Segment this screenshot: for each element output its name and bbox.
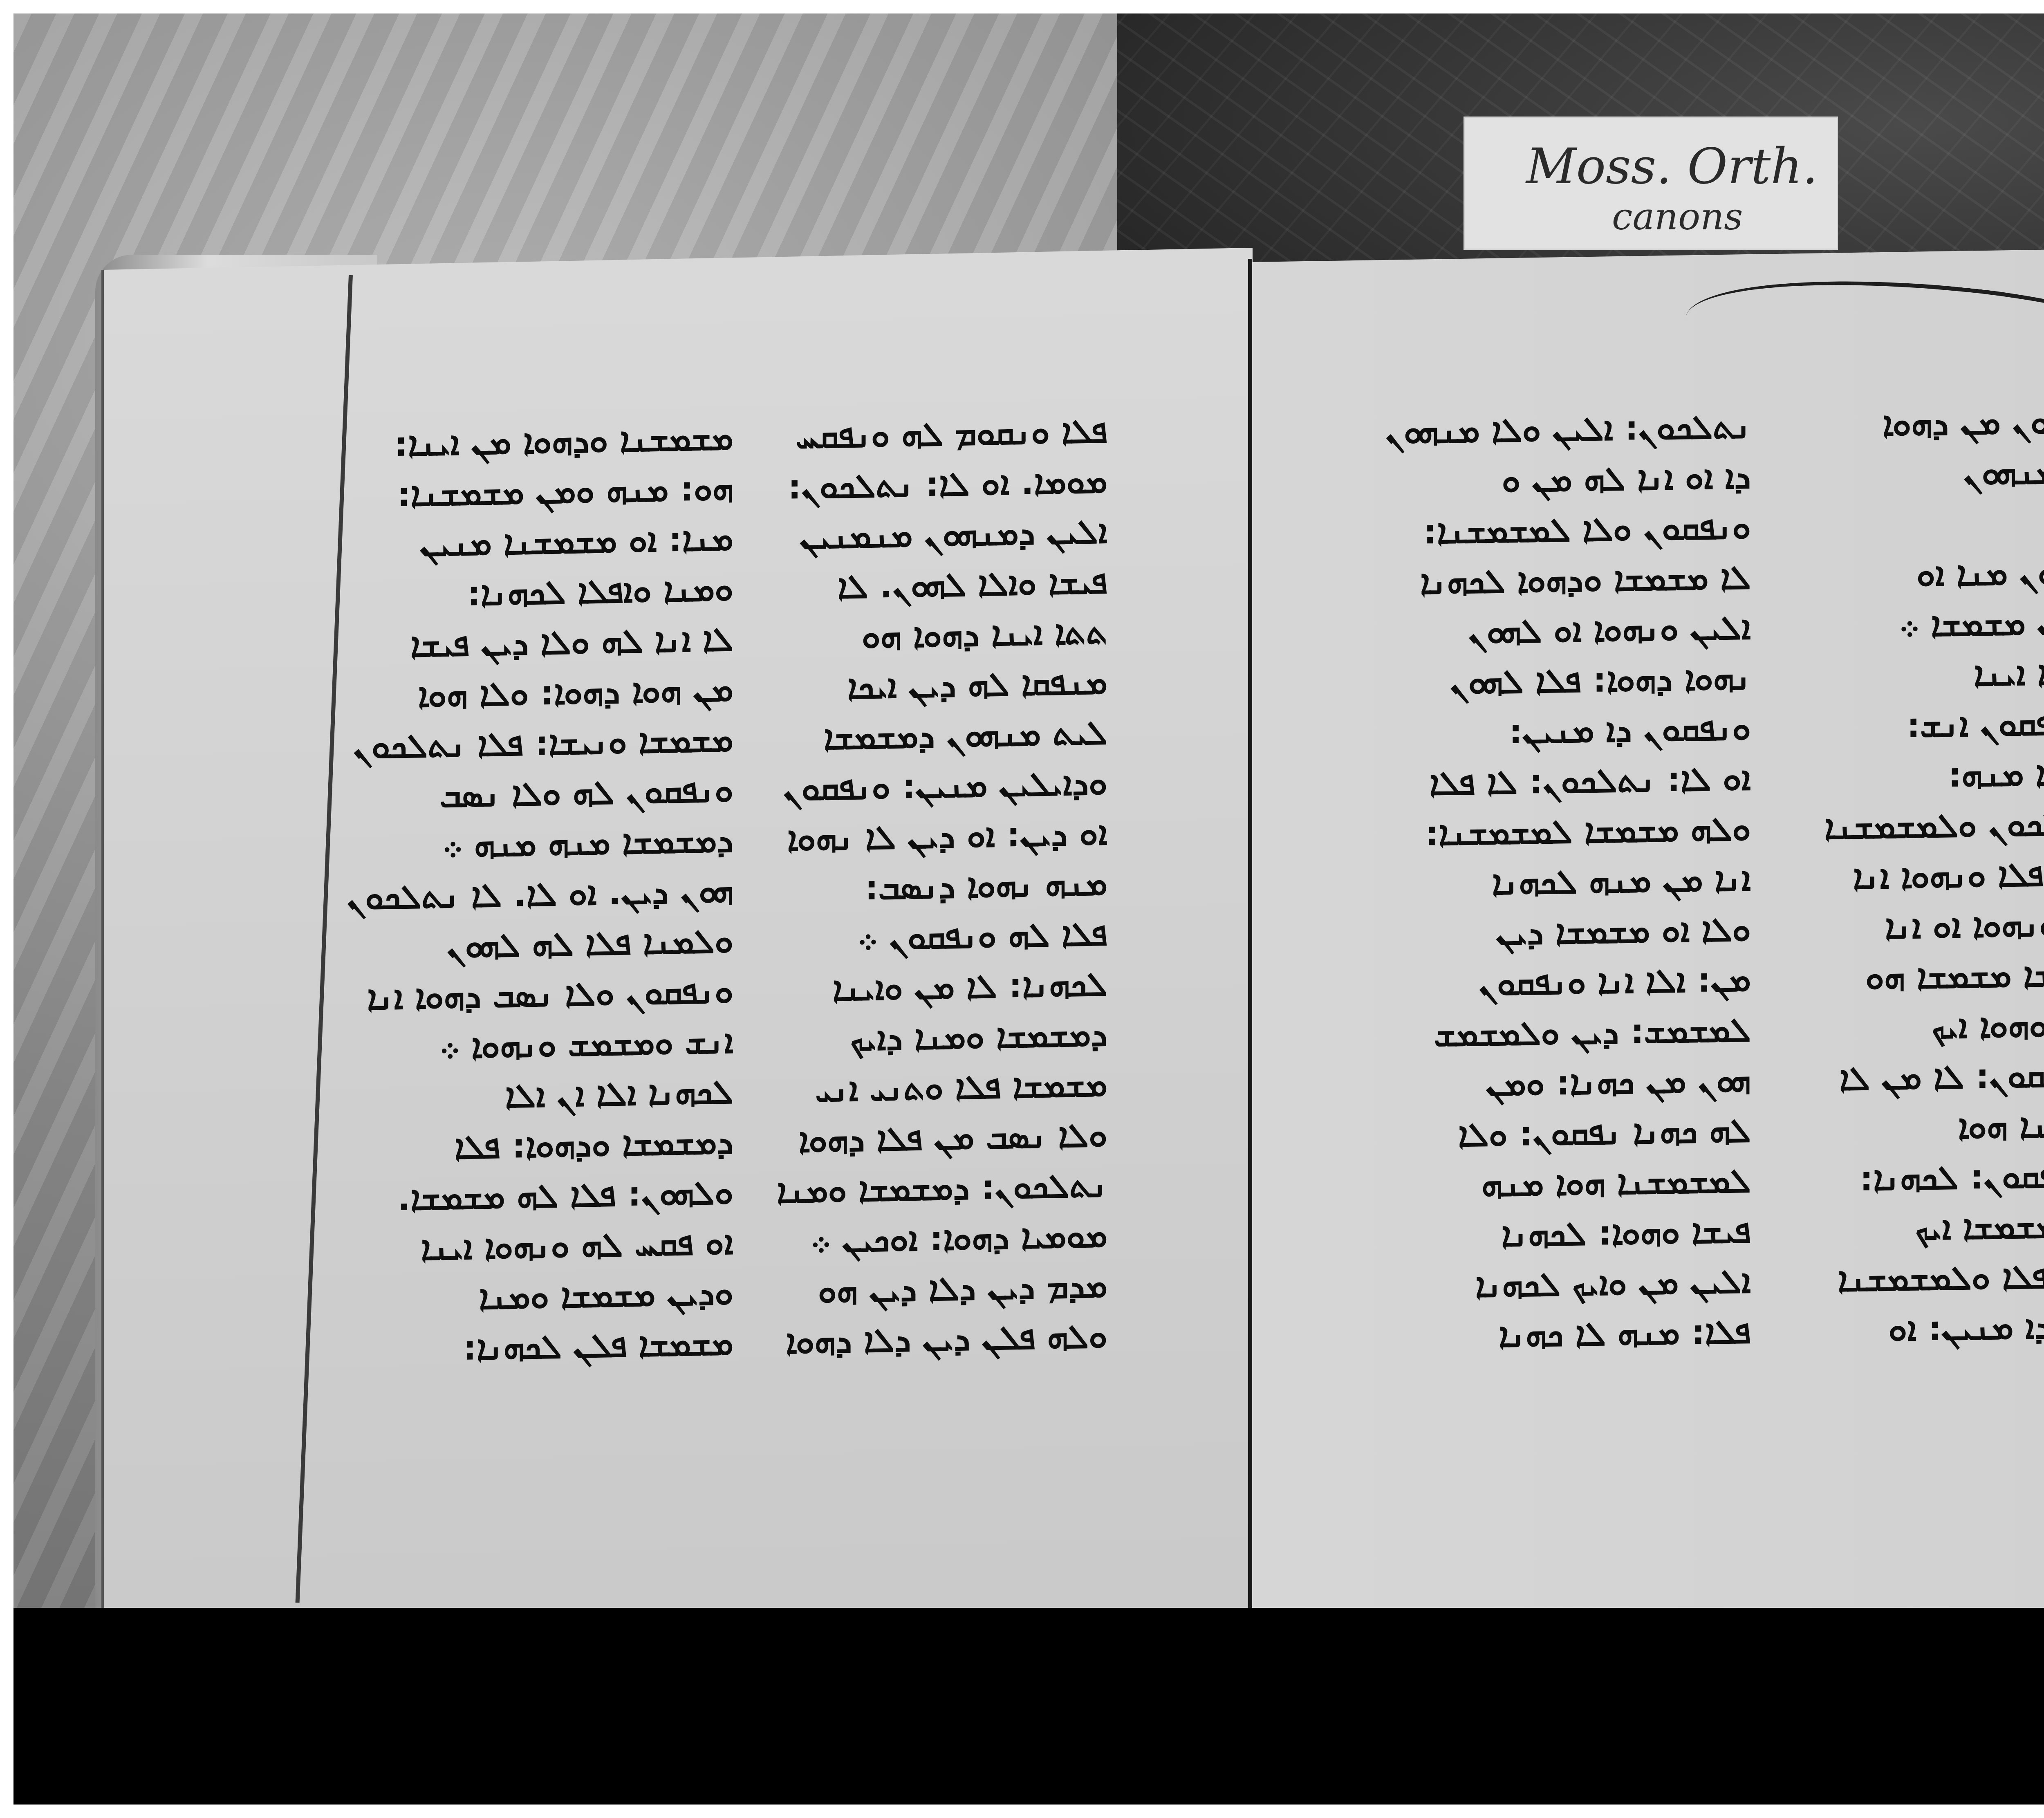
label-line-2: canons [1612, 195, 1743, 238]
text-line: ܘܠܐ ܢܣܒ ܡܢ ܦܠܐ ܕܗܘܐ [752, 1110, 1107, 1167]
text-line: ܡܢ ܗܘܐ ܕܗܘܐ: ܘܠܐ ܗܘܐ [316, 664, 733, 723]
text-line: ܡܢܗ ܢܗܘܐ ܕܢܣܒ: [752, 859, 1107, 916]
text-line: ܡܫܡܫܢܐ ܘܕܗܘܐ ܡܢ ܐܝܢܐ: [316, 413, 733, 471]
text-line: ܘܢܦܩܘܢ ܕܐ ܡܢܝܢ: [1383, 703, 1751, 759]
right-page-right-column: ܠܐ ܠܗ ܢܦܩܘܢ ܡܢ ܕܗܘܐ ܗܘ: ܡܢܗ ܡܢܗܘܢ ܠܡܐ ܢܬ… [1788, 395, 2044, 1407]
text-line: ܗܘ ܟܗܢܐ ܢܦܩܘܢ ܐܢܫ: [1788, 696, 2044, 753]
text-line: ܡܢܦܩܐ ܠܗ ܕܝܢ ܐܝܟܐ [752, 657, 1107, 715]
text-line: ܕܐ ܐܝܟ ܠܗ ܘܢܗܘܐ ܐܘ ܐܢܐ [1788, 897, 2044, 954]
text-line: ܘܠܗܘܢ: ܦܠܐ ܠܗ ܡܫܡܫܐ. [316, 1167, 733, 1226]
text-line: ܬܬܐ ܐܝܢܐ ܕܗܘܐ ܗܘ [752, 607, 1107, 664]
text-line: ܡܫܡܫܐ ܦܠܐ ܘܬܢܝ ܐܢܝ [752, 1060, 1107, 1117]
text-line: ܘܢܦܩܘܢ ܘܠܐ ܠܡܫܡܫܢܐ: [1383, 502, 1751, 558]
text-line: ܐܠܝܢ ܘܐܢܐ ܡܫܡܫܐ ܐܝܟ [1788, 1199, 2044, 1256]
text-line: ܦܝܫܐ ܘܐܠܐ ܠܗܘܢ. ܠܐ [752, 557, 1107, 614]
text-line: ܡܢܐ: ܐܘ ܡܫܡܫܢܐ ܡܢܝܢ [316, 513, 733, 572]
text-line: ܘܐܢܗܘ ܟܗܢܐ ܡܢܗ: [1788, 746, 2044, 803]
text-line: ܗܘ: ܡܢܗ ܡܢܗܘܢ [1788, 445, 2044, 502]
bottom-black-background [13, 1608, 2044, 1805]
text-line: ܠܡܫܡܫ: ܕܝܢ ܘܠܡܫܡܫ [1383, 1005, 1751, 1061]
text-line: ܠܐ܀ [1788, 1350, 2044, 1407]
text-line: ܠܝܬ ܡܢܗܘܢ ܕܡܫܡܫܐ [752, 708, 1107, 765]
text-line: ܘܠܗ ܦܠܢ ܕܝܢ ܕܠܐ ܕܗܘܐ [752, 1311, 1107, 1368]
text-line: ܘܠܗ ܡܫܡܫܐ ܠܡܫܡܫܢܐ: [1383, 804, 1751, 860]
text-line: ܘܢܗܘܐ ܡܢ ܘܗܘܐ ܐܝܟ [1788, 998, 2044, 1055]
text-line: ܗܘ: ܡܢܗ ܘܡܢ ܡܫܡܫܢܐ: [316, 463, 733, 522]
right-page: ܠܐ ܠܗ ܢܦܩܘܢ ܡܢ ܕܗܘܐ ܗܘ: ܡܢܗ ܡܢܗܘܢ ܠܡܐ ܢܬ… [1252, 243, 2044, 1640]
text-line: ܠܐ ܡܫܡܫܐ ܘܕܗܘܐ ܠܟܗܢܐ [1383, 552, 1751, 608]
text-line: ܡܫܡܫܐ ܦܠܢ ܠܟܗܢܐ: [316, 1318, 733, 1376]
text-line: ܠܐ ܦܠܐ ܘܢܦܩܘܢ: ܠܐ ܡܢ ܠܐ [1788, 1048, 2044, 1105]
text-line: ܦܠܐ ܠܗ ܘܢܦܩܘܢ ܀ [752, 909, 1107, 966]
text-line: ܡܫܡܫܢܐ ܐܝܢܐ ܗܘܐ [1788, 1098, 2044, 1155]
text-line: ܕܡܫܡܫܐ ܘܡܢܐ ܕܐܝܟ [752, 1009, 1107, 1067]
text-line: ܦܝܫܐ ܘܗܘܐ: ܠܟܗܢܐ [1383, 1206, 1751, 1262]
text-line: ܠܡܫܡܫܐ ܘܕܐ ܡܢܝܢ: ܐܘ [1788, 1300, 2044, 1356]
text-line: ܕܐ ܦܠܐ ܢܬܠܟܘܢ ܘܠܡܫܡܫܢܐ [1788, 797, 2044, 854]
text-line: ܡܘܡܐ. ܐܘ ܠܐ: ܢܬܠܟܘܢ: [752, 456, 1107, 513]
text-line: ܕܐ ܐܘ ܐܢܐ ܠܗ ܡܢ ܘ [1383, 452, 1751, 508]
text-line: ܗܘܢ ܡܢ ܟܗܢܐ: ܘܡܢ [1383, 1055, 1751, 1111]
catalog-label-card: Moss. Orth. canons [1465, 118, 1837, 249]
text-line: ܘܕܐܝܠܝܢ ܡܢܝܢ: ܘܢܦܩܘܢ [752, 758, 1107, 815]
text-line: ܡܘܡܝܐ ܕܗܘܐ: ܐܘܟܝܢ ܀ [752, 1211, 1107, 1268]
text-line: ܢܬܠܟܘܢ: ܕܡܫܡܫܐ ܘܡܢܐ [752, 1160, 1107, 1217]
text-line: ܘܢܦܩܘܢ ܠܗ ܘܠܐ ܢܣܒ [316, 765, 733, 823]
text-line: ܐܘ ܠܐ: ܢܬܠܟܘܢ: ܠܐ ܦܠܐ [1383, 753, 1751, 809]
text-line: ܐܢܫ ܘܡܫܡܫ ܘܢܗܘܐ ܀ [316, 1016, 733, 1075]
text-line: ܕܡܫܡܫܐ ܘܕܗܘܐ: ܦܠܐ [316, 1117, 733, 1175]
text-line: ܐܠܝܢ ܡܢ ܘܐܝܟ ܠܟܗܢܐ [1383, 1256, 1751, 1312]
left-page-right-column: ܦܠܐ ܘܢܩܘܡ ܠܗ ܘܢܦܩܚ ܡܘܡܐ. ܐܘ ܠܐ: ܢܬܠܟܘܢ: … [752, 406, 1107, 1368]
text-line: ܠܐ ܐܢܐ ܠܗ ܘܠܐ ܕܝܢ ܦܝܫܐ [316, 614, 733, 673]
right-page-left-column: ܢܬܠܟܘܢ: ܐܠܝܢ ܘܠܐ ܡܢܗܘܢ ܕܐ ܐܘ ܐܢܐ ܠܗ ܡܢ ܘ… [1383, 401, 1751, 1363]
text-line: ܠܟܗܢܐ ܐܠܐ ܐܢ ܐܠܐ [316, 1067, 733, 1125]
text-line [1788, 495, 2044, 552]
manuscript-photo: Purpose of Arrival in Period ... to be S… [13, 13, 2044, 1805]
text-line: ܠܐ ܠܗ ܢܦܩܘܢ ܡܢ ܕܗܘܐ [1788, 395, 2044, 451]
text-line: ܢܬܠܟܘܢ ܢܦܩܘܢ: ܠܟܗܢܐ: [1788, 1149, 2044, 1206]
text-line: ܠܡܫܡܫܢܐ ܗܘܐ ܡܢܗ [1383, 1156, 1751, 1212]
text-line: ܢܗܘܐ ܕܗܘܐ: ܦܠܐ ܠܗܘܢ [1383, 653, 1751, 709]
text-line: ܠܗ ܟܗܢܐ ܢܦܩܘܢ: ܘܠܐ [1383, 1105, 1751, 1161]
text-line: ܐܘ ܕܝܢ: ܐܘ ܕܝܢ ܠܐ ܢܗܘܐ [752, 808, 1107, 865]
text-line: ܠܗ ܘܡܢܐ: ܦܠܐ ܘܠܡܫܡܫܢܐ [1788, 1249, 2044, 1306]
text-line: ܡܢ: ܐܠܐ ܐܢܐ ܘܢܦܩܘܢ [1383, 955, 1751, 1011]
text-line: ܘܡܢܐ ܘܐܦܠܐ ܠܟܗܢܐ: [316, 564, 733, 622]
text-line: ܢܬܠܟܘܢ: ܐܠܝܢ ܘܠܐ ܡܢܗܘܢ [1383, 401, 1751, 457]
text-line: ܗܘܢ ܕܝܢ. ܐܘ ܠܐ. ܠܐ ܢܬܠܟܘܢ [316, 865, 733, 924]
text-line: ܕܡܫܡܫܐ ܡܢܗ ܡܢܗ ܀ [316, 815, 733, 874]
left-page: ܦܠܐ ܘܢܩܘܡ ܠܗ ܘܢܦܩܚ ܡܘܡܐ. ܐܘ ܠܐ: ܢܬܠܟܘܢ: … [101, 248, 1253, 1676]
label-line-1: Moss. Orth. [1526, 138, 1818, 195]
text-line: ܘܕܝܢ ܡܫܡܫܐ ܘܡܢܐ [316, 1268, 733, 1326]
text-line: ܐܘ ܦܩܚ ܠܗ ܘܢܗܘܐ ܐܝܢܐ [316, 1217, 733, 1276]
left-page-left-column: ܡܫܡܫܢܐ ܘܕܗܘܐ ܡܢ ܐܝܢܐ: ܗܘ: ܡܢܗ ܘܡܢ ܡܫܡܫܢܐ… [316, 413, 733, 1376]
text-line: ܠܟܗܢܐ: ܠܐ ܦܠܐ ܘܢܗܘܐ ܐܢܐ [1788, 847, 2044, 904]
text-line: ܦܠܐ ܘܢܩܘܡ ܠܗ ܘܢܦܩܚ [752, 406, 1107, 463]
text-line: ܦܠܐ: ܡܢܗ ܠܐ ܟܗܢܐ [1383, 1307, 1751, 1363]
text-line: ܡܫܡܫܐ ܘܢܝܫܐ: ܦܠܐ ܢܬܠܟܘܢ [316, 715, 733, 773]
text-line: ܠܟܗܢܐ: ܠܐ ܡܢ ܘܐܝܢܐ [752, 959, 1107, 1016]
text-line: ܐܢܐ ܡܢ ܡܢܗ ܠܟܗܢܐ [1383, 854, 1751, 910]
book-spine-gutter [1248, 259, 1252, 1665]
text-line: ܐܢܫ ܕܝܢ ܡܢ ܡܫܡܫܐ ܀ [1788, 596, 2044, 652]
text-line: ܡܕܡ ܕܝܢ ܕܠܐ ܕܝܢ ܗܘ [752, 1261, 1107, 1318]
text-line: ܘܠܡܢܐ ܦܠܐ ܠܗ ܠܗܘܢ [316, 916, 733, 974]
text-line: ܐܢܐ ܕܡܫܡܫܐ ܐܝܢܐ [1788, 646, 2044, 703]
text-line: ܘܢܦܩܘܢ ܘܠܐ ܢܣܒ ܕܗܘܐ ܐܢܐ [316, 966, 733, 1024]
text-line: ܠܡܐ ܢܬܠܟܘܢ ܡܢܐ ܐܘ [1788, 545, 2044, 602]
text-line: ܐܠܝܢ ܘܢܗܘܐ ܐܘ ܠܗܘܢ [1383, 603, 1751, 659]
text-line: ܐܠܝܢ ܕܡܢܗܘܢ ܡܢܡܢܝܢ [752, 507, 1107, 564]
text-line: ܐܢܫ ܘܡܫܡܫܐ ܡܫܡܫܐ ܗܘ [1788, 948, 2044, 1004]
text-line: ܘܠܐ ܐܘ ܡܫܡܫܐ ܕܝܢ [1383, 904, 1751, 960]
